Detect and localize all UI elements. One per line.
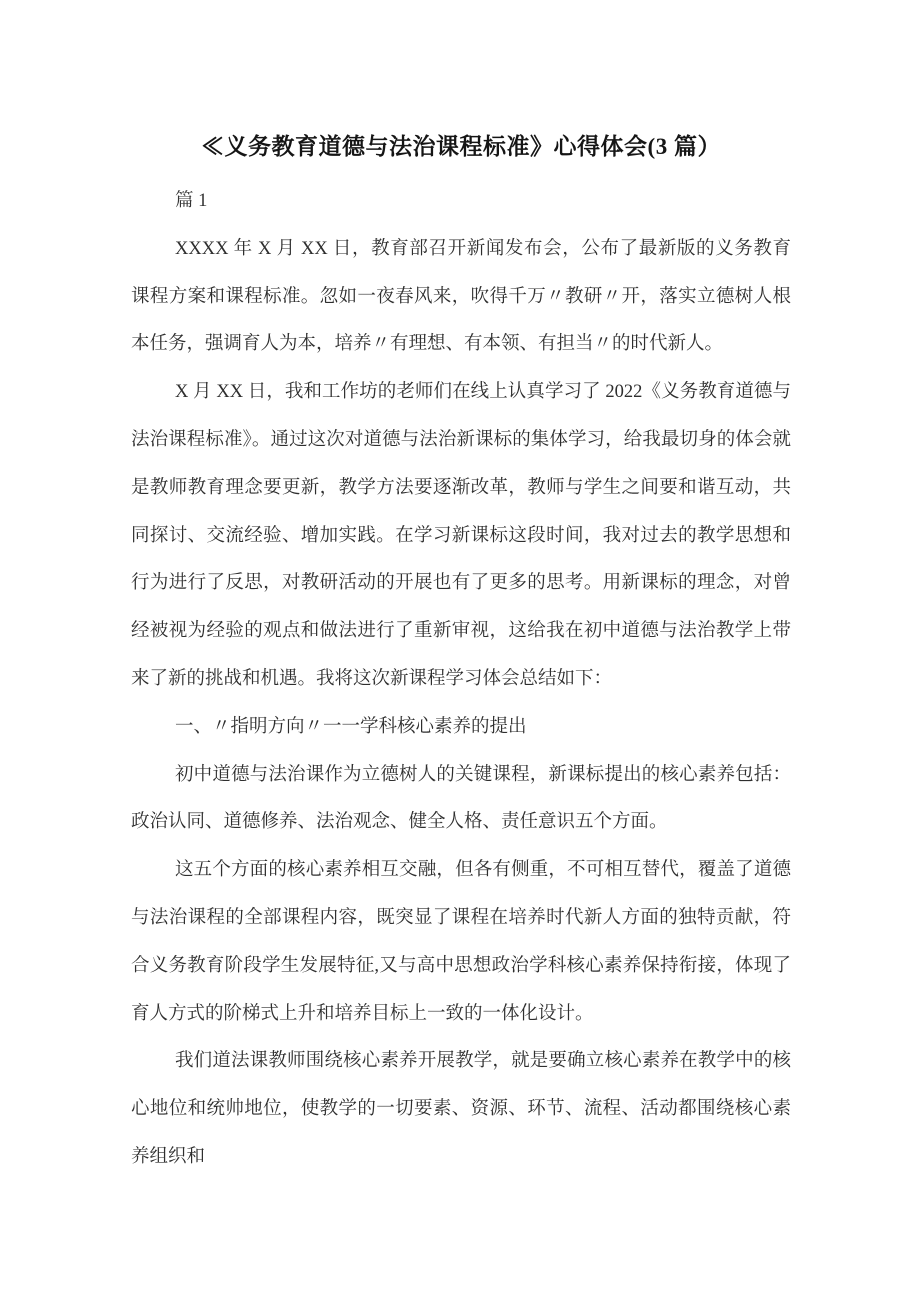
document-body: 篇 1 XXXX 年 X 月 XX 日，教育部召开新闻发布会，公布了最新版的义务… xyxy=(131,178,791,1182)
paragraph: XXXX 年 X 月 XX 日，教育部召开新闻发布会，公布了最新版的义务教育课程… xyxy=(131,226,791,369)
paragraph: X 月 XX 日，我和工作坊的老师们在线上认真学习了 2022《义务教育道德与法… xyxy=(131,369,791,704)
paragraph: 初中道德与法治课作为立德树人的关键课程，新课标提出的核心素养包括：政治认同、道德… xyxy=(131,752,791,848)
piece-label: 篇 1 xyxy=(131,178,791,226)
paragraph-list: XXXX 年 X 月 XX 日，教育部召开新闻发布会，公布了最新版的义务教育课程… xyxy=(131,226,791,1182)
paragraph: 我们道法课教师围绕核心素养开展教学，就是要确立核心素养在教学中的核心地位和统帅地… xyxy=(131,1038,791,1181)
section-heading: 一、〃指明方向〃一一学科核心素养的提出 xyxy=(131,704,791,752)
document-content: ≪义务教育道德与法治课程标准》心得体会(3 篇） 篇 1 XXXX 年 X 月 … xyxy=(131,130,791,1182)
paragraph: 这五个方面的核心素养相互交融，但各有侧重，不可相互替代，覆盖了道德与法治课程的全… xyxy=(131,847,791,1038)
document-page: ≪义务教育道德与法治课程标准》心得体会(3 篇） 篇 1 XXXX 年 X 月 … xyxy=(0,0,920,1301)
document-title: ≪义务教育道德与法治课程标准》心得体会(3 篇） xyxy=(131,130,791,164)
